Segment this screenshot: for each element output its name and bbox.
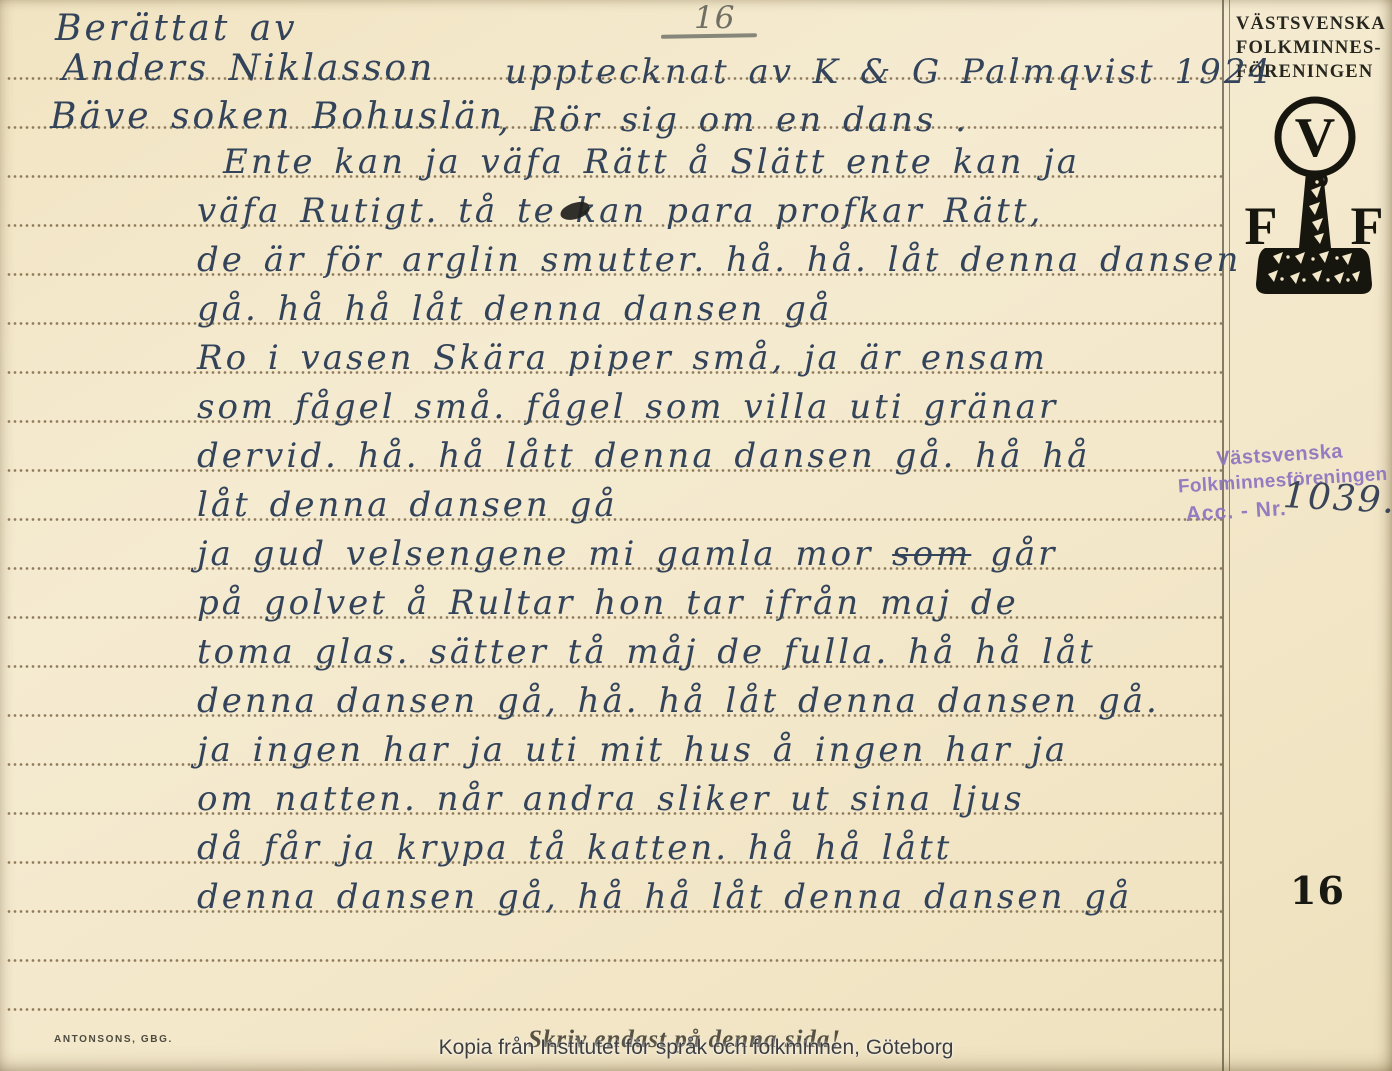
letterhead-line-1: VÄSTSVENSKA — [1236, 12, 1390, 36]
logo-hammer-head — [1256, 248, 1372, 294]
handwriting-line: Ente kan ja väfa Rätt å Slätt ente kan j… — [223, 137, 1080, 187]
accession-number-handwritten: 1039. — [1282, 475, 1392, 522]
handwriting-line: låt denna dansen gå — [197, 480, 618, 530]
pencil-page-number: 16 — [694, 0, 735, 36]
printed-page-number: 16 — [1290, 868, 1345, 913]
handwriting-line: ja gud velsengene mi gamla mor som går — [197, 529, 1057, 579]
vertical-margin-rule — [1222, 0, 1230, 1071]
thors-hammer-logo: V F F — [1243, 92, 1383, 314]
logo-letter-f-left: F — [1245, 196, 1278, 256]
handwriting-line: som fågel små. fågel som villa uti gräna… — [197, 382, 1058, 432]
told-by-label: Berättat av — [55, 8, 298, 49]
line-pre: ja gud velsengene mi gamla mor — [197, 534, 892, 574]
subject-note: , Rör sig om en dans . — [498, 100, 969, 140]
handwriting-line: dervid. hå. hå lått denna dansen gå. hå … — [197, 431, 1090, 481]
pencil-underline — [661, 33, 757, 39]
handwriting-line: ja ingen har ja uti mit hus å ingen har … — [197, 725, 1068, 775]
recorded-by: upptecknat av K & G Palmqvist 1924 — [505, 52, 1273, 92]
place-name: Bäve soken Bohuslän — [50, 96, 505, 137]
handwriting-line: denna dansen gå, hå. hå låt denna dansen… — [197, 676, 1160, 726]
logo-letter-f-right: F — [1351, 196, 1384, 256]
handwriting-line: denna dansen gå, hå hå låt denna dansen … — [197, 872, 1132, 922]
handwriting-line: då får ja krypa tå katten. hå hå lått — [197, 823, 952, 873]
handwriting-line: de är för arglin smutter. hå. hå. låt de… — [197, 235, 1241, 285]
logo-letter-v: V — [1295, 107, 1335, 169]
archive-document-page: 16 VÄSTSVENSKA FOLKMINNES- FÖRENINGEN V … — [0, 0, 1392, 1071]
handwriting-line: väfa Rutigt. tå te kan para profkar Rätt… — [197, 186, 1043, 236]
informant-name: Anders Niklasson — [62, 48, 435, 89]
handwriting-line: Ro i vasen Skära piper små, ja är ensam — [197, 333, 1048, 383]
line-post: går — [971, 534, 1057, 574]
handwriting-line: gå. hå hå låt denna dansen gå — [197, 284, 832, 334]
handwriting-line: toma glas. sätter tå måj de fulla. hå hå… — [197, 627, 1096, 677]
struck-word: som — [892, 534, 971, 574]
handwriting-line: om natten. når andra sliker ut sina ljus — [197, 774, 1025, 824]
handwriting-line: på golvet å Rultar hon tar ifrån maj de — [197, 578, 1019, 628]
archive-watermark: Kopia från Institutet för språk och folk… — [0, 1036, 1392, 1060]
